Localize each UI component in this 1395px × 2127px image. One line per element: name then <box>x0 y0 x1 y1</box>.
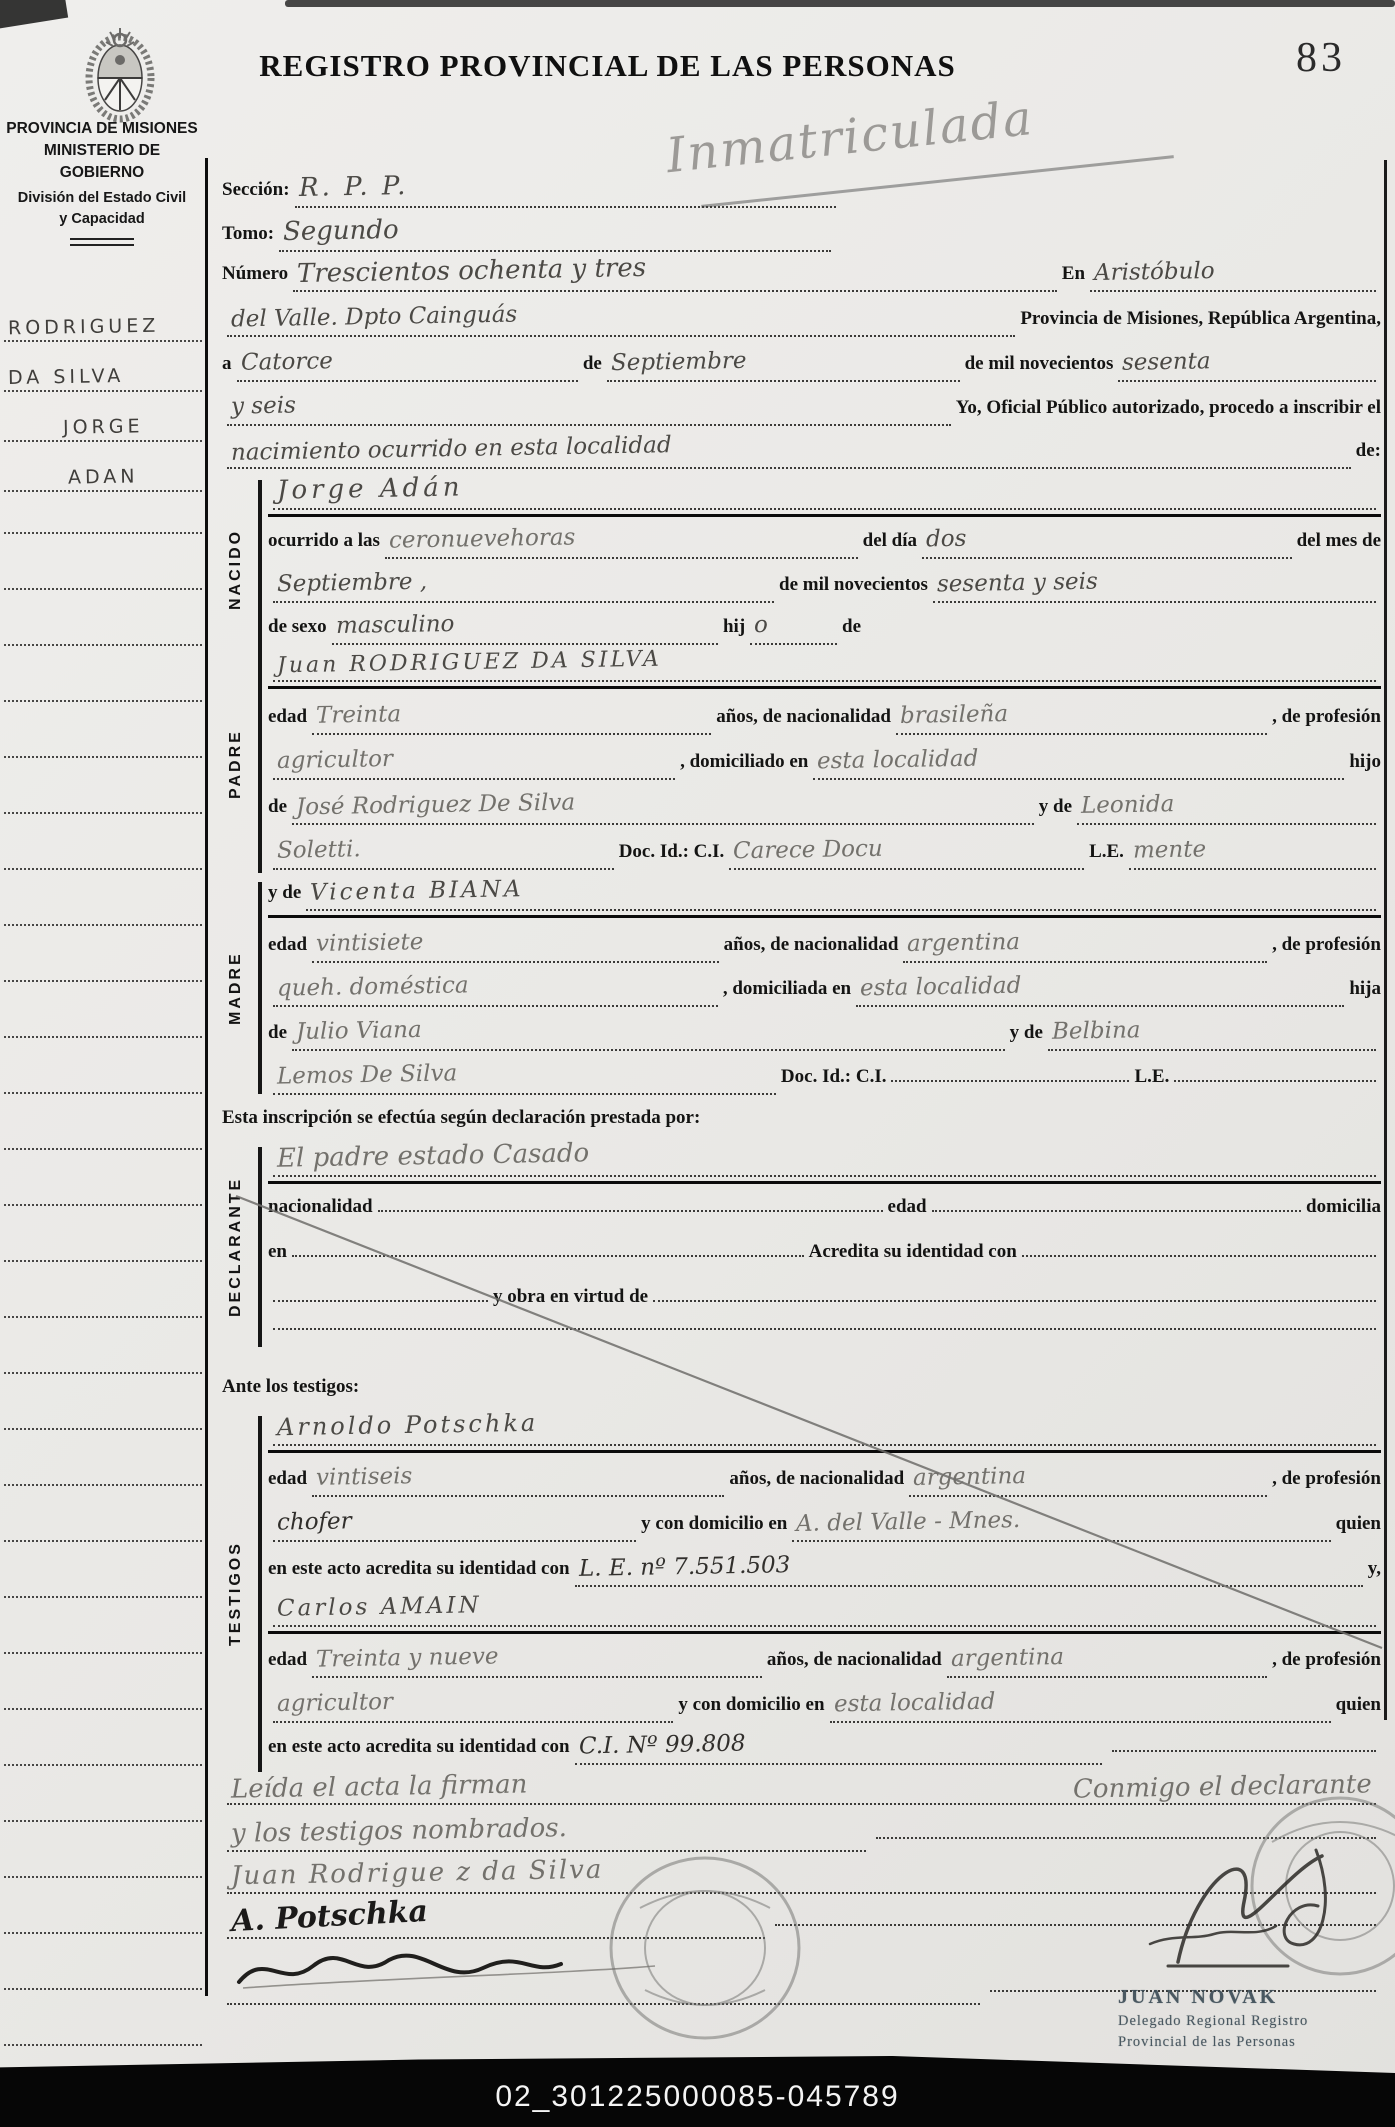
row-madre-doc: Lemos De Silva Doc. Id.: C.I. L.E. <box>268 1060 1381 1095</box>
padre-edad-label: edad <box>268 702 307 732</box>
t1-y-label: y, <box>1368 1554 1381 1584</box>
cierre1a-text: Leída el acta la firman <box>231 1769 528 1804</box>
madre-domicilio-value: esta localidad <box>860 971 1022 1004</box>
abuela-paterna2-value: Soletti. <box>277 834 361 865</box>
firma1-fill: Juan Rodrigue z da Silva <box>227 1858 1376 1894</box>
hora-value: ceronuevehoras <box>389 522 576 555</box>
t1-domicilio-value: A. del Valle - Mnes. <box>796 1505 1021 1539</box>
numero-label: Número <box>222 259 288 289</box>
row-padre-edad: edad Treinta años, de nacionalidad brasi… <box>268 700 1381 735</box>
sidebar-rule-line <box>4 1094 202 1150</box>
sidebar-rule-line <box>4 1990 202 2046</box>
margin-line: RODRIGUEZ <box>4 292 202 342</box>
row-firma2: A. Potschka <box>222 1902 1381 1939</box>
declaracion-intro-text: Esta inscripción se efectúa según declar… <box>222 1103 700 1133</box>
page-title: REGISTRO PROVINCIAL DE LAS PERSONAS <box>235 48 980 84</box>
t1-dom-label: y con domicilio en <box>641 1509 787 1539</box>
vertical-divider <box>205 158 208 1996</box>
row-testigo1-id: en este acto acredita su identidad con L… <box>268 1552 1381 1587</box>
anio1-fill: sesenta <box>1118 347 1376 382</box>
row-testigo1-edad: edad vintiseis años, de nacionalidad arg… <box>268 1462 1381 1497</box>
abuelo-materno-fill: Julio Viana <box>292 1016 1005 1051</box>
cierre2-fill2 <box>876 1836 1376 1839</box>
t1-nacionalidad-fill: argentina <box>909 1462 1267 1497</box>
padre-domicilio-value: esta localidad <box>817 744 979 777</box>
row-padre-abuelos: de José Rodriguez De Silva y de Leonida <box>268 790 1381 825</box>
row-declarante-en: en Acredita su identidad con <box>268 1237 1381 1267</box>
nombre-nacido-value: Jorge Adán <box>277 472 464 505</box>
anio-prefix: de mil novecientos <box>965 349 1114 379</box>
padre-nacionalidad-fill: brasileña <box>896 700 1267 735</box>
abuela-materna-fill: Belbina <box>1048 1016 1376 1051</box>
firma3-fill <box>227 1946 980 2005</box>
row-sexo: de sexo masculino hij o de <box>268 610 1381 645</box>
section-label-testigos: TESTIGOS <box>222 1416 250 1772</box>
t2-nac-label: años, de nacionalidad <box>767 1645 942 1675</box>
padre-domicilio-fill: esta localidad <box>813 745 1344 780</box>
row-seccion: Sección: R. P. P. <box>222 172 1381 208</box>
sidebar-rule-line <box>4 814 202 870</box>
anio-nac-value: sesenta y seis <box>937 567 1098 600</box>
nombre-madre-value: Vicenta BIANA <box>310 874 524 908</box>
sidebar-rule-line <box>4 1598 202 1654</box>
t2-id-fill2 <box>1112 1749 1376 1752</box>
padre-doc-le-fill: mente <box>1129 835 1376 870</box>
row-declarante-nacionalidad: nacionalidad edad domicilia <box>268 1192 1381 1222</box>
row-padre-doc: Soletti. Doc. Id.: C.I. Carece Docu L.E.… <box>268 835 1381 870</box>
row-cierre2: y los testigos nombrados. <box>222 1816 1381 1852</box>
margin-name-lines: RODRIGUEZ DA SILVA JORGE ADAN <box>4 292 202 492</box>
page-number: 83 <box>1296 34 1346 82</box>
mes-value: Septiembre <box>611 346 747 378</box>
abuelo-materno-value: Julio Viana <box>296 1015 422 1047</box>
anio1-value: sesenta <box>1122 346 1211 378</box>
declarante-edad-label: edad <box>888 1192 927 1222</box>
t2-id-value: C.I. Nº 99.808 <box>578 1729 745 1762</box>
row-madre-abuelos: de Julio Viana y de Belbina <box>268 1016 1381 1051</box>
sexo-label: de sexo <box>268 612 327 642</box>
row-tomo: Tomo: Segundo <box>222 216 1381 252</box>
sidebar-rule-line <box>4 1654 202 1710</box>
sidebar-rule-line <box>4 1430 202 1486</box>
argentina-coat-of-arms-icon <box>72 20 168 124</box>
declarante-blank-fill <box>273 1327 1376 1330</box>
de-label: de <box>583 349 602 379</box>
sidebar-rule-line <box>4 1150 202 1206</box>
abuela-materna2-fill: Lemos De Silva <box>273 1060 776 1095</box>
padre-doc-label: Doc. Id.: C.I. <box>619 837 725 867</box>
testigos-intro-text: Ante los testigos: <box>222 1372 359 1402</box>
nombre-madre-fill: Vicenta BIANA <box>306 876 1376 911</box>
section-bracket-padre <box>258 655 262 873</box>
mes-label: del mes de <box>1297 526 1381 556</box>
madre-prof-label: , de profesión <box>1272 930 1381 960</box>
hijo-label: hij <box>723 612 745 642</box>
madre-nac-label: años, de nacionalidad <box>724 930 899 960</box>
firma2-fill: A. Potschka <box>227 1902 765 1939</box>
madre-profesion-fill: queh. doméstica <box>273 972 718 1007</box>
firma-declarante: Juan Rodrigue z da Silva <box>231 1855 604 1891</box>
t1-id-label: en este acto acredita su identidad con <box>268 1554 570 1584</box>
t2-edad-fill: Treinta y nueve <box>312 1643 762 1678</box>
madre-doc-label: Doc. Id.: C.I. <box>781 1062 887 1092</box>
section-label-madre: MADRE <box>222 882 250 1094</box>
row-declarante-quien: El padre estado Casado <box>268 1141 1381 1184</box>
madre-edad-label: edad <box>268 930 307 960</box>
declarante-quien-value: El padre estado Casado <box>277 1138 590 1173</box>
tomo-value: Segundo <box>283 215 399 247</box>
seccion-value: R. P. P. <box>298 171 408 203</box>
surname-1: RODRIGUEZ <box>8 315 160 340</box>
margin-line: JORGE <box>4 392 202 442</box>
sidebar-rule-line <box>4 534 202 590</box>
sidebar-rule-line <box>4 1934 202 1990</box>
scan-corner-smudge <box>0 0 68 30</box>
sidebar-rule-line <box>4 702 202 758</box>
de-colon-label: de: <box>1356 436 1381 466</box>
sidebar-rule-line <box>4 1206 202 1262</box>
cierre1-fill: Leída el acta la firman Conmigo el decla… <box>227 1772 1376 1805</box>
section-label-nacido: NACIDO <box>222 480 250 658</box>
archive-code: 02_301225000085-045789 <box>0 2080 1395 2114</box>
section-label-declarante: DECLARANTE <box>222 1147 250 1347</box>
padre-profesion-fill: agricultor <box>273 745 675 780</box>
sidebar-rule-line <box>4 478 202 534</box>
padre-profesion-value: agricultor <box>277 744 393 776</box>
madre-dom-label: , domiciliada en <box>723 974 851 1004</box>
t1-prof-label: , de profesión <box>1272 1464 1381 1494</box>
sidebar-rule-line <box>4 982 202 1038</box>
testigo1-nombre-value: Arnoldo Potschka <box>277 1408 539 1443</box>
row-declarante-obra: y obra en virtud de <box>268 1282 1381 1312</box>
declarante-en-label: en <box>268 1237 287 1267</box>
madre-profesion-value: queh. doméstica <box>277 970 469 1003</box>
seccion-fill: R. P. P. <box>295 172 837 208</box>
madre-edad-fill: vintisiete <box>312 928 719 963</box>
declarante-edad-fill <box>932 1209 1301 1212</box>
t2-id-label: en este acto acredita su identidad con <box>268 1732 570 1762</box>
sidebar-rule-line <box>4 590 202 646</box>
madre-doc-ci-fill <box>891 1079 1129 1082</box>
dia-label: del día <box>863 526 917 556</box>
row-cierre1: Leída el acta la firman Conmigo el decla… <box>222 1772 1381 1805</box>
row-madre-edad: edad vintisiete años, de nacionalidad ar… <box>268 928 1381 963</box>
row-nombre-nacido: Jorge Adán <box>268 474 1381 517</box>
row-testigo1-nombre: Arnoldo Potschka <box>268 1410 1381 1453</box>
madre-domicilio-fill: esta localidad <box>856 972 1344 1007</box>
t1-id-fill: L. E. nº 7.551.503 <box>575 1552 1363 1587</box>
firma-testigo1: A. Potschka <box>230 1897 428 1937</box>
t2-quien-label: quien <box>1336 1690 1381 1720</box>
row-firma1: Juan Rodrigue z da Silva <box>222 1858 1381 1894</box>
t1-nacionalidad-value: argentina <box>913 1461 1026 1493</box>
numero-fill: Trescientos ochenta y tres <box>293 256 1057 292</box>
given-name-1: JORGE <box>63 415 144 438</box>
declarante-obra-label: y obra en virtud de <box>493 1282 648 1312</box>
t2-domicilio-value: esta localidad <box>833 1687 995 1720</box>
margin-line: DA SILVA <box>4 342 202 392</box>
section-bracket-madre <box>258 882 262 1094</box>
lugar1-value: Aristóbulo <box>1094 256 1215 288</box>
agency-line: PROVINCIA DE MISIONES <box>6 118 198 140</box>
tomo-fill: Segundo <box>279 216 831 252</box>
row-declaracion-intro: Esta inscripción se efectúa según declar… <box>222 1103 1381 1133</box>
declarante-nac-fill <box>378 1209 883 1212</box>
nombre-nacido-fill: Jorge Adán <box>273 474 1376 510</box>
row-madre-profesion: queh. doméstica , domiciliada en esta lo… <box>268 972 1381 1007</box>
declarante-quien-fill: El padre estado Casado <box>273 1141 1376 1177</box>
section-bracket-declarante <box>258 1147 262 1347</box>
declarante-nac-label: nacionalidad <box>268 1192 373 1222</box>
row-mes-nac: Septiembre , de mil novecientos sesenta … <box>268 568 1381 603</box>
t1-profesion-value: chofer <box>277 1506 352 1537</box>
row-fecha: a Catorce de Septiembre de mil novecient… <box>222 347 1381 382</box>
padre-hijo-label: hijo <box>1349 747 1381 777</box>
sidebar-rule-line <box>4 646 202 702</box>
t1-edad-value: vintiseis <box>316 1461 413 1493</box>
t1-profesion-fill: chofer <box>273 1507 636 1542</box>
row-testigos-intro: Ante los testigos: <box>222 1372 1381 1402</box>
hecho-fill: nacimiento ocurrido en esta localidad <box>227 434 1351 469</box>
nombre-padre-fill: Juan RODRIGUEZ DA SILVA <box>273 648 1376 682</box>
abuelo-paterno-fill: José Rodriguez De Silva <box>292 790 1034 825</box>
padre-prof-label: , de profesión <box>1272 702 1381 732</box>
sexo-fill: masculino <box>332 610 718 645</box>
agency-line: MINISTERIO DE GOBIERNO <box>6 140 198 184</box>
t1-quien-label: quien <box>1336 1509 1381 1539</box>
tomo-label: Tomo: <box>222 219 274 249</box>
padre-edad-value: Treinta <box>316 699 402 730</box>
numero-value: Trescientos ochenta y tres <box>297 253 647 289</box>
hijo-letra-value: o <box>754 610 768 640</box>
handwritten-annotation: Inmatriculada <box>664 68 1247 184</box>
agency-block: PROVINCIA DE MISIONES MINISTERIO DE GOBI… <box>6 118 198 246</box>
padre-y-de-label: y de <box>1039 792 1072 822</box>
section-bracket-nacido <box>258 480 262 658</box>
abuela-paterna2-fill: Soletti. <box>273 835 614 870</box>
row-nombre-padre: Juan RODRIGUEZ DA SILVA <box>268 648 1381 689</box>
padre-nac-label: años, de nacionalidad <box>716 702 891 732</box>
cierre1b-text: Conmigo el declarante <box>1073 1769 1372 1804</box>
testigo2-nombre-fill: Carlos AMAIN <box>273 1592 1376 1627</box>
row-testigo2-profesion: agricultor y con domicilio en esta local… <box>268 1688 1381 1723</box>
sidebar-rule-line <box>4 1766 202 1822</box>
sidebar-empty-lines <box>4 478 202 2046</box>
sidebar-rule-line <box>4 1318 202 1374</box>
t2-prof-label: , de profesión <box>1272 1645 1381 1675</box>
madre-y-de-label: y de <box>268 878 301 908</box>
madre-edad-value: vintisiete <box>316 927 424 959</box>
t1-nac-label: años, de nacionalidad <box>729 1464 904 1494</box>
row-hora: ocurrido a las ceronuevehoras del día do… <box>268 524 1381 559</box>
row-numero: Número Trescientos ochenta y tres En Ari… <box>222 256 1381 292</box>
hora-fill: ceronuevehoras <box>385 524 858 559</box>
madre-hija-label: hija <box>1349 974 1381 1004</box>
agency-divider <box>70 238 134 246</box>
t2-domicilio-fill: esta localidad <box>830 1688 1331 1723</box>
scan-edge-smudge <box>285 0 1395 7</box>
declarante-obra-fill1 <box>273 1299 488 1302</box>
padre-dom-label: , domiciliado en <box>680 747 808 777</box>
t1-id-value: L. E. nº 7.551.503 <box>578 1550 790 1584</box>
official-stamp-text: JUAN NOVAK Delegado Regional Registro Pr… <box>1118 1986 1388 2051</box>
firma2-fill2 <box>775 1923 1376 1926</box>
padre-doc-ci-value: Carece Docu <box>733 834 883 867</box>
anio-nac-prefix: de mil novecientos <box>779 570 928 600</box>
madre-de-label: de <box>268 1018 287 1048</box>
padre-nacionalidad-value: brasileña <box>900 699 1009 731</box>
agency-line: y Capacidad <box>6 209 198 230</box>
sidebar-rule-line <box>4 1374 202 1430</box>
nombre-padre-value: Juan RODRIGUEZ DA SILVA <box>277 645 662 682</box>
t1-edad-label: edad <box>268 1464 307 1494</box>
sidebar-rule-line <box>4 1878 202 1934</box>
padre-edad-fill: Treinta <box>312 700 711 735</box>
t2-edad-value: Treinta y nueve <box>316 1641 499 1674</box>
ocurrido-label: ocurrido a las <box>268 526 380 556</box>
signature-scrawl <box>231 1946 661 1992</box>
t2-nacionalidad-fill: argentina <box>947 1643 1267 1678</box>
abuelo-paterno-value: José Rodriguez De Silva <box>296 788 576 823</box>
dia-nac-fill: dos <box>922 524 1292 559</box>
t1-edad-fill: vintiseis <box>312 1462 724 1497</box>
testigo2-nombre-value: Carlos AMAIN <box>277 1590 482 1624</box>
sexo-value: masculino <box>335 609 454 641</box>
declarante-acredita-label: Acredita su identidad con <box>809 1237 1017 1267</box>
cierre2-fill: y los testigos nombrados. <box>227 1816 866 1852</box>
madre-nacionalidad-fill: argentina <box>903 928 1267 963</box>
dia-fill: Catorce <box>237 347 578 382</box>
t1-domicilio-fill: A. del Valle - Mnes. <box>792 1507 1330 1542</box>
testigo1-nombre-fill: Arnoldo Potschka <box>273 1410 1376 1446</box>
section-bracket-testigos <box>258 1416 262 1772</box>
row-testigo2-nombre: Carlos AMAIN <box>268 1592 1381 1634</box>
t2-nacionalidad-value: argentina <box>950 1642 1063 1674</box>
anio2-fill: y seis <box>227 391 951 426</box>
official-title-1: Delegado Regional Registro <box>1118 2013 1388 2030</box>
sidebar-rule-line <box>4 1486 202 1542</box>
t2-id-fill: C.I. Nº 99.808 <box>575 1730 1102 1765</box>
t2-profesion-value: agricultor <box>277 1687 393 1719</box>
official-title-2: Provincial de las Personas <box>1118 2034 1388 2051</box>
abuela-materna-value: Belbina <box>1052 1015 1141 1047</box>
mes-fill: Septiembre <box>607 347 960 382</box>
row-testigo2-id: en este acto acredita su identidad con C… <box>268 1730 1381 1765</box>
lugar1-fill: Aristóbulo <box>1090 257 1376 292</box>
madre-le-label: L.E. <box>1134 1062 1169 1092</box>
mes-nac-value: Septiembre , <box>277 567 428 600</box>
row-testigo2-edad: edad Treinta y nueve años, de nacionalid… <box>268 1643 1381 1678</box>
right-edge-rule <box>1384 160 1387 1720</box>
hecho-value: nacimiento ocurrido en esta localidad <box>231 430 672 468</box>
padre-de-label: de <box>268 792 287 822</box>
abuela-paterna-fill: Leonida <box>1077 790 1376 825</box>
lugar2-fill: del Valle. Dpto Cainguás <box>227 302 1015 337</box>
abuela-materna2-value: Lemos De Silva <box>277 1058 458 1091</box>
padre-le-label: L.E. <box>1089 837 1124 867</box>
dia-value: Catorce <box>240 346 332 378</box>
sidebar-rule-line <box>4 1822 202 1878</box>
a-label: a <box>222 349 232 379</box>
row-hecho: nacimiento ocurrido en esta localidad de… <box>222 434 1381 469</box>
mes-nac-fill: Septiembre , <box>273 568 774 603</box>
sidebar-rule-line <box>4 1542 202 1598</box>
row-nombre-madre: y de Vicenta BIANA <box>268 876 1381 918</box>
en-label: En <box>1062 259 1085 289</box>
sidebar-rule-line <box>4 1710 202 1766</box>
row-declarante-blank <box>268 1327 1381 1330</box>
row-anio2: y seis Yo, Oficial Público autorizado, p… <box>222 391 1381 426</box>
declarante-en-fill <box>292 1254 804 1257</box>
surname-2: DA SILVA <box>8 365 125 389</box>
official-name: JUAN NOVAK <box>1118 1986 1388 2009</box>
sidebar-rule-line <box>4 926 202 982</box>
oficial-text: Yo, Oficial Público autorizado, procedo … <box>956 393 1381 423</box>
t2-edad-label: edad <box>268 1645 307 1675</box>
madre-y-de2-label: y de <box>1010 1018 1043 1048</box>
scanned-birth-certificate: REGISTRO PROVINCIAL DE LAS PERSONAS 83 I… <box>0 0 1395 2127</box>
agency-line: División del Estado Civil <box>6 188 198 209</box>
sidebar-rule-line <box>4 1038 202 1094</box>
t2-profesion-fill: agricultor <box>273 1688 673 1723</box>
anio2-value: y seis <box>231 390 296 421</box>
t2-dom-label: y con domicilio en <box>678 1690 824 1720</box>
de-hijo-label: de <box>842 612 861 642</box>
padre-doc-le-value: mente <box>1133 834 1207 865</box>
sidebar-rule-line <box>4 758 202 814</box>
declarante-acredita-fill <box>1022 1254 1376 1257</box>
declarante-obra-fill2 <box>653 1299 1376 1302</box>
anio-nac-fill: sesenta y seis <box>933 568 1376 603</box>
abuela-paterna-value: Leonida <box>1081 789 1175 821</box>
dia-nac-value: dos <box>926 524 967 555</box>
madre-doc-le-fill <box>1174 1079 1376 1082</box>
hijo-letra-fill: o <box>750 610 837 645</box>
section-label-padre: PADRE <box>222 655 250 873</box>
provincia-text: Provincia de Misiones, República Argenti… <box>1020 304 1381 334</box>
lugar2-value: del Valle. Dpto Cainguás <box>231 300 518 335</box>
row-lugar2: del Valle. Dpto Cainguás Provincia de Mi… <box>222 302 1381 337</box>
row-testigo1-profesion: chofer y con domicilio en A. del Valle -… <box>268 1507 1381 1542</box>
cierre2-text: y los testigos nombrados. <box>231 1813 567 1849</box>
padre-doc-ci-fill: Carece Docu <box>729 835 1084 870</box>
sidebar-rule-line <box>4 870 202 926</box>
madre-nacionalidad-value: argentina <box>907 927 1020 959</box>
row-padre-profesion: agricultor , domiciliado en esta localid… <box>268 745 1381 780</box>
seccion-label: Sección: <box>222 175 290 205</box>
declarante-dom-label: domicilia <box>1306 1192 1381 1222</box>
sidebar-rule-line <box>4 1262 202 1318</box>
